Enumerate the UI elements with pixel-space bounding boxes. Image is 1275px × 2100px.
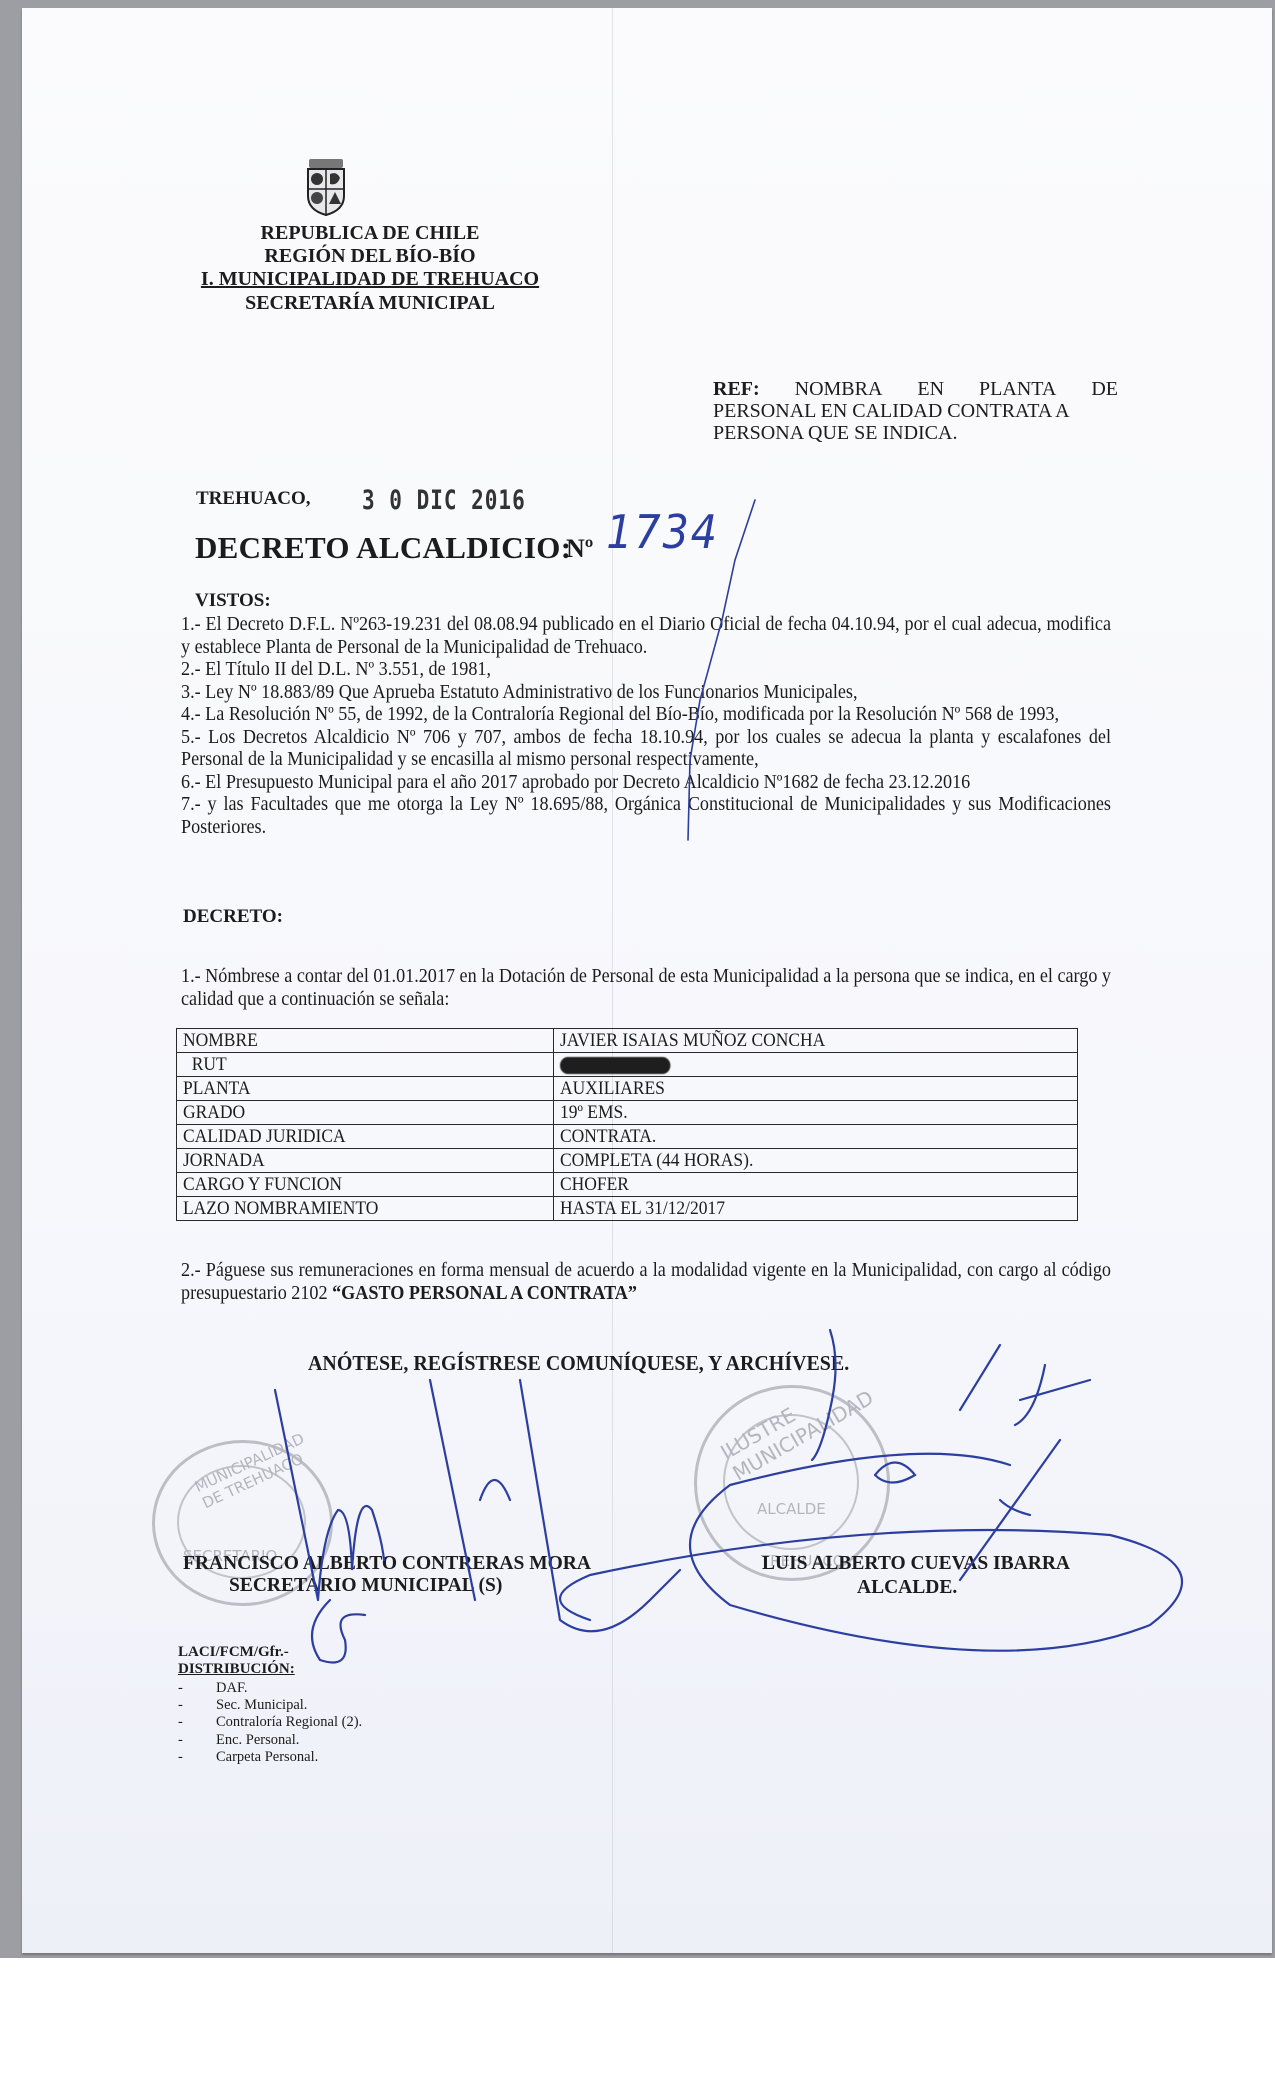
mayor-role: ALCALDE. <box>857 1577 957 1599</box>
budget-item-name: “GASTO PERSONAL A CONTRATA” <box>332 1283 637 1304</box>
vistos-item: 7.- y las Facultades que me otorga la Le… <box>181 794 1111 839</box>
ref-word: PLANTA <box>979 378 1056 400</box>
distribution-label: Sec. Municipal. <box>216 1697 307 1714</box>
redaction-mark <box>560 1057 670 1074</box>
vistos-item: 3.- Ley Nº 18.883/89 Que Aprueba Estatut… <box>181 682 1111 705</box>
field-label: JORNADA <box>177 1149 554 1173</box>
field-value: CONTRATA. <box>554 1125 1078 1149</box>
distribution-item: -Carpeta Personal. <box>178 1749 362 1766</box>
distribution-label: Carpeta Personal. <box>216 1749 318 1766</box>
vistos-item: 5.- Los Decretos Alcaldicio Nº 706 y 707… <box>181 727 1111 772</box>
date-stamp: 3 0 DIC 2016 <box>362 485 526 515</box>
table-row: NOMBREJAVIER ISAIAS MUÑOZ CONCHA <box>177 1029 1078 1053</box>
field-label-text: LAZO NOMBRAMIENTO <box>183 1197 378 1220</box>
field-label: CARGO Y FUNCION <box>177 1173 554 1197</box>
table-row: JORNADACOMPLETA (44 HORAS). <box>177 1149 1078 1173</box>
secretary-role: SECRETARIO MUNICIPAL (S) <box>229 1575 502 1597</box>
table-row: LAZO NOMBRAMIENTOHASTA EL 31/12/2017 <box>177 1197 1078 1221</box>
decreto-heading: DECRETO: <box>183 906 283 928</box>
ref-word: DE <box>1091 378 1118 400</box>
appointment-table: NOMBREJAVIER ISAIAS MUÑOZ CONCHA RUTPLAN… <box>176 1028 1078 1221</box>
header-municipality: I. MUNICIPALIDAD DE TREHUACO <box>190 268 550 290</box>
distribution-label: Enc. Personal. <box>216 1732 299 1749</box>
distribution-item: -Sec. Municipal. <box>178 1697 362 1714</box>
seal-text: ALCALDE <box>757 1500 826 1518</box>
author-initials: LACI/FCM/Gfr.- <box>178 1644 289 1661</box>
appointment-paragraph: 1.- Nómbrese a contar del 01.01.2017 en … <box>181 966 1111 1011</box>
field-value-text: JAVIER ISAIAS MUÑOZ CONCHA <box>560 1029 825 1052</box>
vistos-heading: VISTOS: <box>195 590 271 612</box>
field-value: JAVIER ISAIAS MUÑOZ CONCHA <box>554 1029 1078 1053</box>
distribution-label: Contraloría Regional (2). <box>216 1714 362 1731</box>
header-country: REPUBLICA DE CHILE <box>190 222 550 244</box>
ref-word: NOMBRA <box>795 378 883 400</box>
distribution-item: -DAF. <box>178 1680 362 1697</box>
distribution-list: -DAF. -Sec. Municipal. -Contraloría Regi… <box>178 1680 362 1766</box>
field-label-text: NOMBRE <box>183 1029 258 1052</box>
field-value-text: AUXILIARES <box>560 1077 665 1100</box>
table-row: GRADO19º EMS. <box>177 1101 1078 1125</box>
coat-of-arms-icon <box>303 158 349 216</box>
field-label-text: JORNADA <box>183 1149 265 1172</box>
payment-paragraph: 2.- Páguese sus remuneraciones en forma … <box>181 1260 1111 1305</box>
field-label-text: RUT <box>183 1053 227 1076</box>
field-label: GRADO <box>177 1101 554 1125</box>
field-label: LAZO NOMBRAMIENTO <box>177 1197 554 1221</box>
field-value <box>554 1053 1078 1077</box>
ref-line-2: PERSONAL EN CALIDAD CONTRATA A <box>713 400 1118 422</box>
field-value: AUXILIARES <box>554 1077 1078 1101</box>
mayor-name: LUIS ALBERTO CUEVAS IBARRA <box>762 1553 1070 1575</box>
table-row: RUT <box>177 1053 1078 1077</box>
field-label-text: CALIDAD JURIDICA <box>183 1125 346 1148</box>
distribution-label: DAF. <box>216 1680 247 1697</box>
vistos-item: 4.- La Resolución Nº 55, de 1992, de la … <box>181 704 1111 727</box>
decree-number-handwritten: 1734 <box>606 505 719 559</box>
field-label: CALIDAD JURIDICA <box>177 1125 554 1149</box>
ref-word: EN <box>917 378 944 400</box>
field-value-text: CHOFER <box>560 1173 629 1196</box>
field-value: 19º EMS. <box>554 1101 1078 1125</box>
ref-line-3: PERSONA QUE SE INDICA. <box>713 422 1118 444</box>
field-label-text: CARGO Y FUNCION <box>183 1173 342 1196</box>
table-row: PLANTAAUXILIARES <box>177 1077 1078 1101</box>
field-value-text: CONTRATA. <box>560 1125 656 1148</box>
decree-title: DECRETO ALCALDICIO: <box>195 530 571 566</box>
distribution-heading: DISTRIBUCIÓN: <box>178 1661 295 1678</box>
field-value-text: HASTA EL 31/12/2017 <box>560 1197 725 1220</box>
payment-text: 2.- Páguese sus remuneraciones en forma … <box>181 1260 1111 1304</box>
vistos-list: 1.- El Decreto D.F.L. Nº263-19.231 del 0… <box>181 614 1111 839</box>
decree-number-label: Nº <box>566 534 593 564</box>
field-value-text: COMPLETA (44 HORAS). <box>560 1149 753 1172</box>
field-label-text: GRADO <box>183 1101 245 1124</box>
reference-block: REF: NOMBRA EN PLANTA DE PERSONAL EN CAL… <box>713 378 1118 444</box>
field-value-text: 19º EMS. <box>560 1101 628 1124</box>
secretary-name: FRANCISCO ALBERTO CONTRERAS MORA <box>183 1553 591 1575</box>
ref-label: REF: <box>713 378 760 400</box>
field-value: CHOFER <box>554 1173 1078 1197</box>
field-label: NOMBRE <box>177 1029 554 1053</box>
mayor-seal-icon: ILUSTRE MUNICIPALIDAD ALCALDE TREHUACO <box>694 1385 890 1581</box>
vistos-item: 6.- El Presupuesto Municipal para el año… <box>181 772 1111 795</box>
field-label-text: PLANTA <box>183 1077 251 1100</box>
distribution-item: -Contraloría Regional (2). <box>178 1714 362 1731</box>
field-value: COMPLETA (44 HORAS). <box>554 1149 1078 1173</box>
table-row: CALIDAD JURIDICACONTRATA. <box>177 1125 1078 1149</box>
header-region: REGIÓN DEL BÍO-BÍO <box>190 245 550 267</box>
distribution-item: -Enc. Personal. <box>178 1732 362 1749</box>
place-label: TREHUACO, <box>196 488 311 510</box>
vistos-item: 2.- El Título II del D.L. Nº 3.551, de 1… <box>181 659 1111 682</box>
closing-formula: ANÓTESE, REGÍSTRESE COMUNÍQUESE, Y ARCHÍ… <box>308 1351 849 1376</box>
field-label: PLANTA <box>177 1077 554 1101</box>
field-value: HASTA EL 31/12/2017 <box>554 1197 1078 1221</box>
table-row: CARGO Y FUNCIONCHOFER <box>177 1173 1078 1197</box>
field-label: RUT <box>177 1053 554 1077</box>
header-department: SECRETARÍA MUNICIPAL <box>190 292 550 314</box>
vistos-item: 1.- El Decreto D.F.L. Nº263-19.231 del 0… <box>181 614 1111 659</box>
